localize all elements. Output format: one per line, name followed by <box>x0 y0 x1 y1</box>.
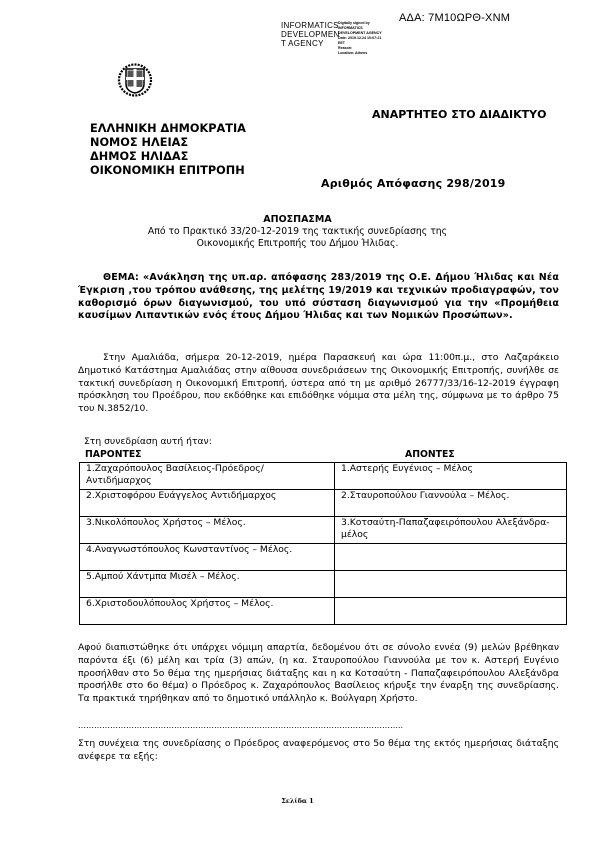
present-cell: 2.Χριστοφόρου Ευάγγελος Αντιδήμαρχος <box>80 490 335 517</box>
digital-signature-stamp: INFORMATICS DEVELOPMEN T AGENCY Digitall… <box>281 21 401 61</box>
table-row: 3.Νικολόπουλος Χρήστος – Μέλος. 3.Κοτσαύ… <box>80 517 567 544</box>
attendance-table: 1.Ζαχαρόπουλος Βασίλειος-Πρόεδρος/Αντιδή… <box>79 462 567 625</box>
present-cell: 4.Αναγνωστόπουλος Κωνσταντίνος – Μέλος. <box>80 544 335 571</box>
document-heading: ΑΠΟΣΠΑΣΜΑ <box>0 214 595 225</box>
decision-number: Αριθμός Απόφασης 298/2019 <box>321 177 506 190</box>
table-row: 6.Χριστοδουλόπουλος Χρήστος – Μέλος. <box>80 598 567 625</box>
present-cell: 3.Νικολόπουλος Χρήστος – Μέλος. <box>80 517 335 544</box>
greek-coat-of-arms-icon <box>117 63 153 97</box>
absent-cell: 2.Σταυροπούλου Γιαννούλα – Μέλος. <box>335 490 567 517</box>
present-cell: 6.Χριστοδουλόπουλος Χρήστος – Μέλος. <box>80 598 335 625</box>
table-row: 1.Ζαχαρόπουλος Βασίλειος-Πρόεδρος/Αντιδή… <box>80 463 567 490</box>
continuation-paragraph: Στη συνέχεια της συνεδρίασης ο Πρόεδρος … <box>78 738 559 764</box>
dotted-separator: …………………………………………………………………………………………………………… <box>78 721 403 730</box>
present-cell: 1.Ζαχαρόπουλος Βασίλειος-Πρόεδρος/Αντιδή… <box>80 463 335 490</box>
table-row: 4.Αναγνωστόπουλος Κωνσταντίνος – Μέλος. <box>80 544 567 571</box>
attendance-intro: Στη συνεδρίαση αυτή ήταν: <box>84 436 565 449</box>
post-online-notice: ΑΝΑΡΤΗΤΕΟ ΣΤΟ ΔΙΑΔΙΚΤΥΟ <box>372 108 546 121</box>
ada-code: ΑΔΑ: 7Μ10ΩΡΘ-ΧΝΜ <box>399 12 510 24</box>
signature-details: Digitally signed by INFORMATICS DEVELOPM… <box>338 21 382 56</box>
intro-paragraph: Στην Αμαλιάδα, σήμερα 20-12-2019, ημέρα … <box>78 352 559 416</box>
absent-cell <box>335 544 567 571</box>
present-cell: 5.Αμπού Χάντμπα Μισέλ – Μέλος. <box>80 571 335 598</box>
document-subheading: Από το Πρακτικό 33/20-12-2019 της τακτικ… <box>0 226 595 250</box>
table-row: 2.Χριστοφόρου Ευάγγελος Αντιδήμαρχος 2.Σ… <box>80 490 567 517</box>
page-number: Σελίδα 1 <box>0 797 595 805</box>
absent-header: ΑΠΟΝΤΕΣ <box>405 449 455 460</box>
present-header: ΠΑΡΟΝΤΕΣ <box>85 449 142 460</box>
issuing-organization: ΕΛΛΗΝΙΚΗ ΔΗΜΟΚΡΑΤΙΑ ΝΟΜΟΣ ΗΛΕΙΑΣ ΔΗΜΟΣ Η… <box>90 122 246 178</box>
subject-paragraph: ΘΕΜΑ: «Ανάκληση της υπ.αρ. απόφασης 283/… <box>78 272 559 323</box>
quorum-paragraph: Αφού διαπιστώθηκε ότι υπάρχει νόμιμη απα… <box>78 642 559 706</box>
table-row: 5.Αμπού Χάντμπα Μισέλ – Μέλος. <box>80 571 567 598</box>
absent-cell: 1.Αστερής Ευγένιος – Μέλος <box>335 463 567 490</box>
absent-cell <box>335 598 567 625</box>
signature-agency-name: INFORMATICS DEVELOPMEN T AGENCY <box>281 21 340 48</box>
absent-cell: 3.Κοτσαύτη-Παπαζαφειρόπουλου Αλεξάνδρα-μ… <box>335 517 567 544</box>
absent-cell <box>335 571 567 598</box>
